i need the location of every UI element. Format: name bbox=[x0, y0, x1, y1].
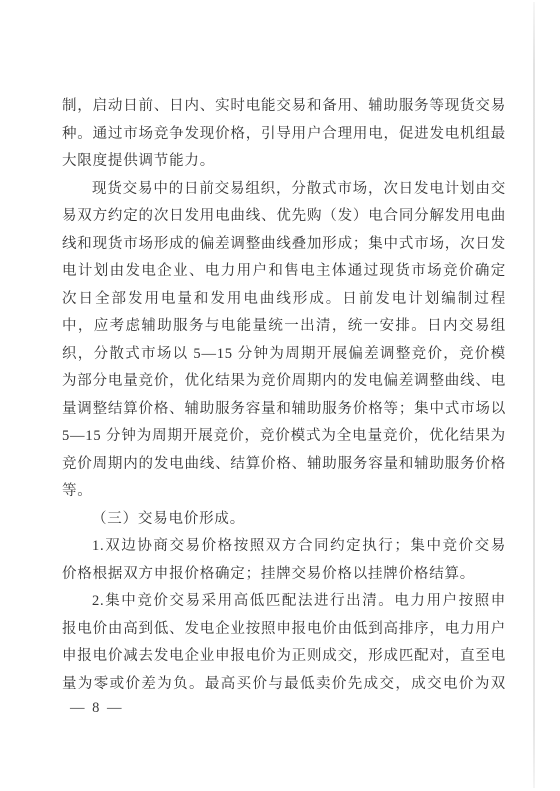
text-line: 电计划由发电企业、电力用户和售电主体通过现货市场竞价确定 bbox=[62, 258, 506, 286]
text-line: 报电价由高到低、发电企业按照申报电价由低到高排序，电力用户 bbox=[62, 616, 506, 644]
text-line: 等。 bbox=[62, 478, 506, 506]
text-line: 中，应考虑辅助服务与电能量统一出清，统一安排。日内交易组 bbox=[62, 313, 506, 341]
text-line: 1.双边协商交易价格按照双方合同约定执行；集中竞价交易 bbox=[62, 533, 506, 561]
text-line: 竞价周期内的发电曲线、结算价格、辅助服务容量和辅助服务价格 bbox=[62, 451, 506, 479]
page-number: — 8 — bbox=[70, 695, 124, 723]
document-text: 制，启动日前、日内、实时电能交易和备用、辅助服务等现货交易品种。通过市场竞争发现… bbox=[62, 93, 506, 698]
text-line: 2.集中竞价交易采用高低匹配法进行出清。电力用户按照申 bbox=[62, 588, 506, 616]
text-line: 种。通过市场竞争发现价格，引导用户合理用电，促进发电机组最 bbox=[62, 121, 506, 149]
text-line: 为部分电量竞价，优化结果为竞价周期内的发电偏差调整曲线、电 bbox=[62, 368, 506, 396]
text-line: 制，启动日前、日内、实时电能交易和备用、辅助服务等现货交易品 bbox=[62, 93, 506, 121]
text-line: 织，分散式市场以 5—15 分钟为周期开展偏差调整竞价，竞价模式 bbox=[62, 341, 506, 369]
text-line: 5—15 分钟为周期开展竞价，竞价模式为全电量竞价，优化结果为 bbox=[62, 423, 506, 451]
text-line: 申报电价减去发电企业申报电价为正则成交，形成匹配对，直至电 bbox=[62, 643, 506, 671]
text-line: （三）交易电价形成。 bbox=[62, 506, 506, 534]
text-line: 线和现货市场形成的偏差调整曲线叠加形成；集中式市场，次日发 bbox=[62, 231, 506, 259]
text-line: 易双方约定的次日发用电曲线、优先购（发）电合同分解发用电曲 bbox=[62, 203, 506, 231]
text-line: 次日全部发用电量和发用电曲线形成。日前发电计划编制过程 bbox=[62, 286, 506, 314]
scan-edge-line bbox=[533, 2, 535, 788]
document-page: 制，启动日前、日内、实时电能交易和备用、辅助服务等现货交易品种。通过市场竞争发现… bbox=[0, 0, 560, 791]
text-line: 价格根据双方申报价格确定；挂牌交易价格以挂牌价格结算。 bbox=[62, 561, 506, 589]
text-line: 现货交易中的日前交易组织，分散式市场，次日发电计划由交 bbox=[62, 176, 506, 204]
text-line: 大限度提供调节能力。 bbox=[62, 148, 506, 176]
text-line: 量为零或价差为负。最高买价与最低卖价先成交，成交电价为双 bbox=[62, 671, 506, 699]
text-line: 量调整结算价格、辅助服务容量和辅助服务价格等；集中式市场以 bbox=[62, 396, 506, 424]
